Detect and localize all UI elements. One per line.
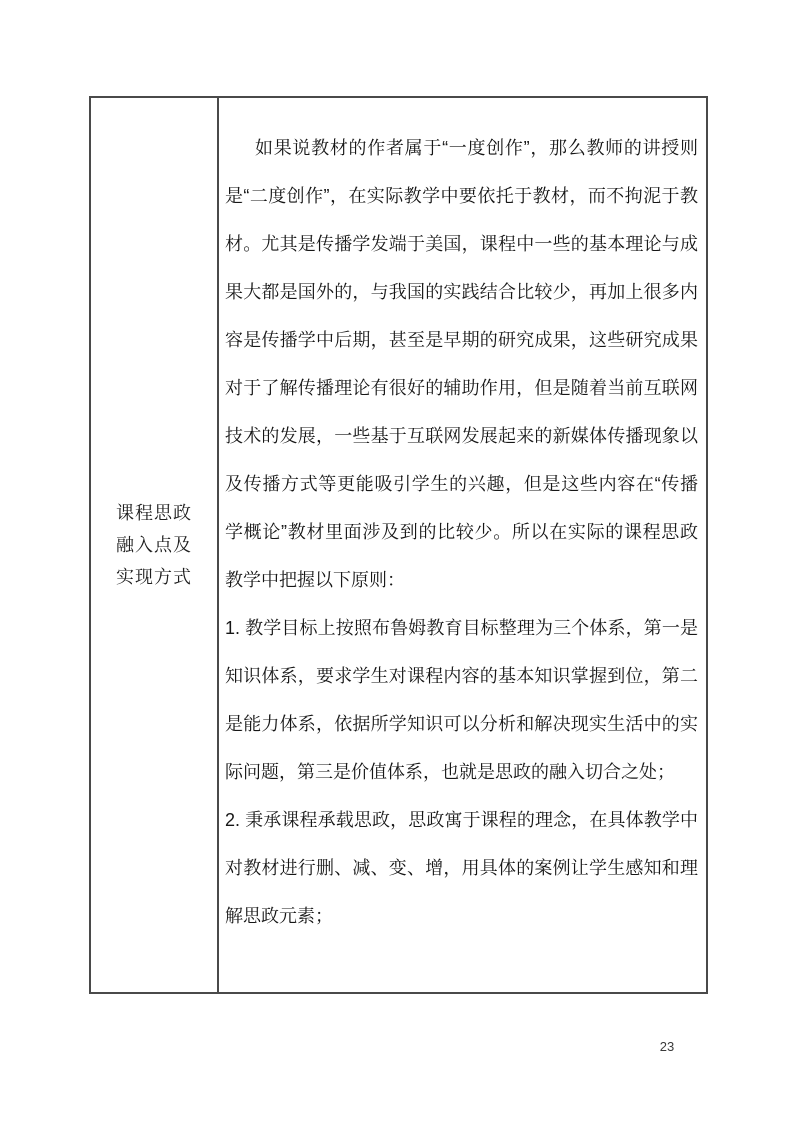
row-header-line-1: 课程思政 — [116, 497, 192, 529]
row-header-line-2: 融入点及 — [116, 529, 192, 561]
row-header-label: 课程思政 融入点及 实现方式 — [116, 497, 192, 593]
paragraph-principle-1: 1. 教学目标上按照布鲁姆教育目标整理为三个体系，第一是知识体系，要求学生对课程… — [225, 604, 698, 796]
row-content-cell: 如果说教材的作者属于“一度创作”，那么教师的讲授则是“二度创作”，在实际教学中要… — [219, 98, 706, 992]
course-ideology-table: 课程思政 融入点及 实现方式 如果说教材的作者属于“一度创作”，那么教师的讲授则… — [89, 96, 708, 994]
row-header-cell: 课程思政 融入点及 实现方式 — [91, 98, 219, 992]
page-number: 23 — [652, 1039, 682, 1054]
paragraph-intro: 如果说教材的作者属于“一度创作”，那么教师的讲授则是“二度创作”，在实际教学中要… — [225, 124, 698, 604]
document-page: 课程思政 融入点及 实现方式 如果说教材的作者属于“一度创作”，那么教师的讲授则… — [0, 0, 794, 1123]
paragraph-principle-2: 2. 秉承课程承载思政，思政寓于课程的理念，在具体教学中对教材进行删、减、变、增… — [225, 796, 698, 940]
row-header-line-3: 实现方式 — [116, 561, 192, 593]
